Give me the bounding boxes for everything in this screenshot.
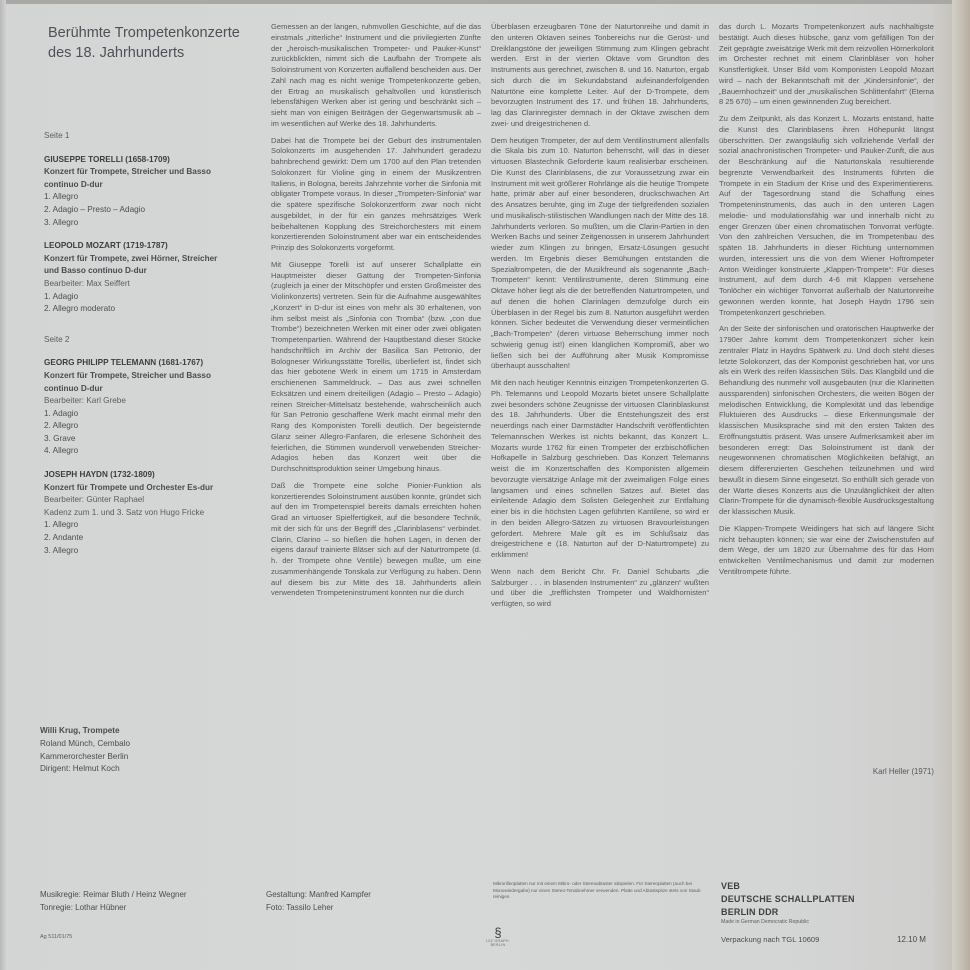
movement: 1. Allegro	[44, 519, 264, 532]
production-credits: Musikregie: Reimar Bluth / Heinz Wegner …	[40, 889, 187, 914]
photographer: Foto: Tassilo Leher	[266, 902, 371, 915]
title-line-2: des 18. Jahrhunderts	[48, 43, 258, 63]
paragraph: Daß die Trompete eine solche Pionier-Fun…	[271, 481, 481, 599]
movement: 1. Allegro	[44, 191, 264, 204]
designer: Gestaltung: Manfred Kampfer	[266, 889, 371, 902]
liner-notes-column-3: das durch L. Mozarts Trompetenkonzert au…	[719, 22, 934, 584]
title-line-1: Berühmte Trompetenkonzerte	[48, 23, 258, 43]
work-title: Konzert für Trompete und Orchester Es-du…	[44, 482, 264, 495]
work-haydn: JOSEPH HAYDN (1732-1809) Konzert für Tro…	[44, 469, 264, 557]
price: 12.10 M	[897, 935, 926, 944]
composer: JOSEPH HAYDN (1732-1809)	[44, 469, 264, 482]
harpsichordist: Roland Münch, Cembalo	[40, 738, 130, 751]
movement: 1. Adagio	[44, 408, 264, 421]
movement: 3. Grave	[44, 433, 264, 446]
tracklist: Seite 1 GIUSEPPE TORELLI (1658-1709) Kon…	[44, 130, 264, 568]
cadenza-note: Kadenz zum 1. und 3. Satz von Hugo Frick…	[44, 507, 264, 520]
performer-credits: Willi Krug, Trompete Roland Münch, Cemba…	[40, 725, 130, 776]
movement: 2. Allegro moderato	[44, 303, 264, 316]
composer: LEOPOLD MOZART (1719-1787)	[44, 240, 264, 253]
arranger: Bearbeiter: Karl Grebe	[44, 395, 264, 408]
label-line-1: VEB	[721, 880, 855, 893]
label-line-2: DEUTSCHE SCHALLPLATTEN	[721, 893, 855, 906]
design-credits: Gestaltung: Manfred Kampfer Foto: Tassil…	[266, 889, 371, 914]
printer-logo-text: LVZ GRAPH. BERLIN	[478, 939, 518, 947]
work-mozart: LEOPOLD MOZART (1719-1787) Konzert für T…	[44, 240, 264, 316]
paragraph: Gemessen an der langen, ruhmvollen Gesch…	[271, 22, 481, 130]
work-title-cont: continuo D-dur	[44, 383, 264, 396]
work-title-cont: und Basso continuo D-dur	[44, 265, 264, 278]
composer: GEORG PHILIPP TELEMANN (1681-1767)	[44, 357, 264, 370]
movement: 4. Allegro	[44, 445, 264, 458]
movement: 3. Allegro	[44, 545, 264, 558]
printer-logo-icon: §	[478, 927, 518, 939]
sleeve-right-edge	[952, 0, 970, 970]
page-title: Berühmte Trompetenkonzerte des 18. Jahrh…	[48, 23, 258, 63]
paragraph: An der Seite der sinfonischen und orator…	[719, 324, 934, 518]
movement: 2. Adagio – Presto – Adagio	[44, 204, 264, 217]
record-label: VEB DEUTSCHE SCHALLPLATTEN BERLIN DDR	[721, 880, 855, 920]
paragraph: Mit den nach heutiger Kenntnis einzigen …	[491, 378, 709, 561]
paragraph: Wenn nach dem Bericht Chr. Fr. Daniel Sc…	[491, 567, 709, 610]
paragraph: Die Klappen-Trompete Weidingers hat sich…	[719, 524, 934, 578]
printer-logo: § LVZ GRAPH. BERLIN	[478, 927, 518, 947]
soloist: Willi Krug, Trompete	[40, 725, 130, 738]
label-line-3: BERLIN DDR	[721, 906, 855, 919]
packaging-standard: Verpackung nach TGL 10609	[721, 935, 819, 944]
paragraph: Überblasen erzeugbaren Töne der Naturton…	[491, 22, 709, 130]
work-title: Konzert für Trompete, Streicher und Bass…	[44, 166, 264, 179]
movement: 3. Allegro	[44, 217, 264, 230]
paragraph: Zu dem Zeitpunkt, als das Konzert L. Moz…	[719, 114, 934, 318]
movement: 2. Andante	[44, 532, 264, 545]
composer: GIUSEPPE TORELLI (1658-1709)	[44, 154, 264, 167]
work-title: Konzert für Trompete, Streicher und Bass…	[44, 370, 264, 383]
arranger: Bearbeiter: Günter Raphael	[44, 494, 264, 507]
side-2-label: Seite 2	[44, 334, 264, 347]
music-director: Musikregie: Reimar Bluth / Heinz Wegner	[40, 889, 187, 902]
work-telemann: GEORG PHILIPP TELEMANN (1681-1767) Konze…	[44, 357, 264, 458]
paragraph: das durch L. Mozarts Trompetenkonzert au…	[719, 22, 934, 108]
sound-engineer: Tonregie: Lothar Hübner	[40, 902, 187, 915]
arranger: Bearbeiter: Max Seiffert	[44, 278, 264, 291]
movement: 1. Adagio	[44, 291, 264, 304]
record-sleeve-back: Berühmte Trompetenkonzerte des 18. Jahrh…	[0, 0, 970, 970]
work-title-cont: continuo D-dur	[44, 179, 264, 192]
liner-notes-column-1: Gemessen an der langen, ruhmvollen Gesch…	[271, 22, 481, 605]
sleeve-top-edge	[0, 0, 970, 4]
work-title: Konzert für Trompete, zwei Hörner, Strei…	[44, 253, 264, 266]
conductor: Dirigent: Helmut Koch	[40, 763, 130, 776]
paragraph: Dem heutigen Trompeter, der auf dem Vent…	[491, 136, 709, 373]
print-code: Ag 511/01/75	[40, 934, 72, 940]
orchestra: Kammerorchester Berlin	[40, 751, 130, 764]
paragraph: Dabei hat die Trompete bei der Geburt de…	[271, 136, 481, 254]
sleeve-left-edge	[0, 0, 6, 970]
playback-note: Mikrorillenplatten nur mit einem Mikro- …	[493, 881, 703, 901]
author-signature: Karl Heller (1971)	[840, 767, 934, 776]
made-in-note: Made in German Democratic Republic	[721, 919, 809, 925]
movement: 2. Allegro	[44, 420, 264, 433]
liner-notes-column-2: Überblasen erzeugbaren Töne der Naturton…	[491, 22, 709, 616]
side-1-label: Seite 1	[44, 130, 264, 143]
work-torelli: GIUSEPPE TORELLI (1658-1709) Konzert für…	[44, 154, 264, 230]
paragraph: Mit Giuseppe Torelli ist auf unserer Sch…	[271, 260, 481, 475]
